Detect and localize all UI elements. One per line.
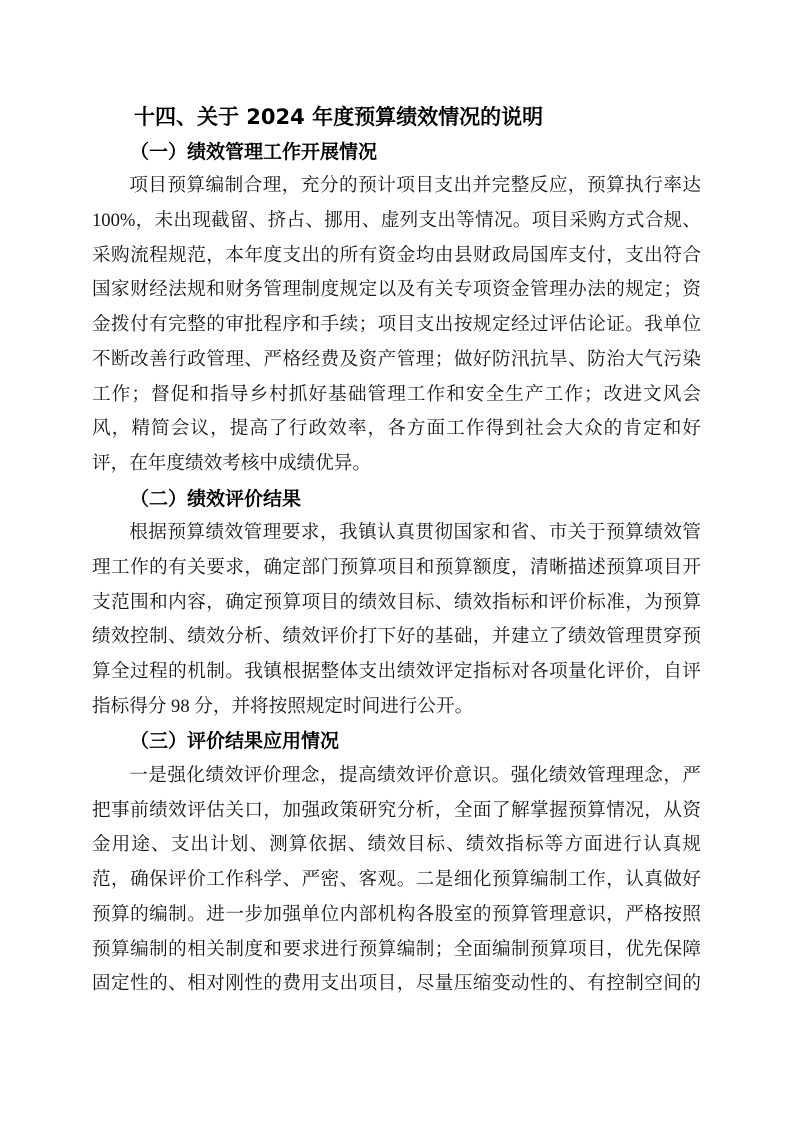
text-line: 预算编制的相关制度和要求进行预算编制；全面编制预算项目，优先保障: [92, 933, 701, 968]
text-line: 算全过程的机制。我镇根据整体支出绩效评定指标对各项量化评价，自评: [92, 655, 701, 690]
text-line: 金拨付有完整的审批程序和手续；项目支出按规定经过评估论证。我单位: [92, 308, 701, 343]
text-line: 固定性的、相对刚性的费用支出项目，尽量压缩变动性的、有控制空间的: [92, 967, 701, 1002]
document-page: 十四、关于 2024 年度预算绩效情况的说明 （一）绩效管理工作开展情况项目预算…: [0, 0, 793, 1122]
text-line: 指标得分 98 分，并将按照规定时间进行公开。: [92, 690, 701, 725]
document-body: （一）绩效管理工作开展情况项目预算编制合理，充分的预计项目支出并完整反应，预算执…: [92, 135, 701, 1002]
text-line: 支范围和内容，确定预算项目的绩效目标、绩效指标和评价标准，为预算: [92, 586, 701, 621]
text-line: 不断改善行政管理、严格经费及资产管理；做好防汛抗旱、防治大气污染: [92, 343, 701, 378]
text-line: 绩效控制、绩效分析、绩效评价打下好的基础，并建立了绩效管理贯穿预: [92, 620, 701, 655]
text-line: 评，在年度绩效考核中成绩优异。: [92, 447, 701, 482]
text-line: 根据预算绩效管理要求，我镇认真贯彻国家和省、市关于预算绩效管: [92, 516, 701, 551]
text-line: 采购流程规范，本年度支出的所有资金均由县财政局国库支付，支出符合: [92, 239, 701, 274]
text-line: 范，确保评价工作科学、严密、客观。二是细化预算编制工作，认真做好: [92, 863, 701, 898]
text-line: 工作；督促和指导乡村抓好基础管理工作和安全生产工作；改进文风会: [92, 378, 701, 413]
text-line: 100%，未出现截留、挤占、挪用、虚列支出等情况。项目采购方式合规、: [92, 204, 701, 239]
text-line: 风，精简会议，提高了行政效率，各方面工作得到社会大众的肯定和好: [92, 412, 701, 447]
text-line: 项目预算编制合理，充分的预计项目支出并完整反应，预算执行率达: [92, 169, 701, 204]
text-line: 一是强化绩效评价理念，提高绩效评价意识。强化绩效管理理念，严: [92, 759, 701, 794]
text-line: 国家财经法规和财务管理制度规定以及有关专项资金管理办法的规定；资: [92, 273, 701, 308]
text-line: 理工作的有关要求，确定部门预算项目和预算额度，清晰描述预算项目开: [92, 551, 701, 586]
section-heading: （一）绩效管理工作开展情况: [92, 135, 701, 170]
text-line: 把事前绩效评估关口，加强政策研究分析，全面了解掌握预算情况，从资: [92, 794, 701, 829]
section-heading: （二）绩效评价结果: [92, 482, 701, 517]
section-heading: （三）评价结果应用情况: [92, 724, 701, 759]
text-line: 金用途、支出计划、测算依据、绩效目标、绩效指标等方面进行认真规: [92, 828, 701, 863]
text-line: 预算的编制。进一步加强单位内部机构各股室的预算管理意识，严格按照: [92, 898, 701, 933]
document-title: 十四、关于 2024 年度预算绩效情况的说明: [92, 100, 701, 135]
